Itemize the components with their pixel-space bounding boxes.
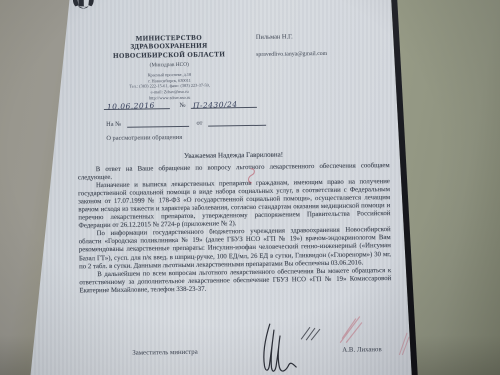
subject-line: О рассмотрении обращения [106, 134, 182, 142]
reply-number-label: На № [106, 121, 121, 128]
letter-content: МИНИСТЕРСТВО ЗДРАВООХРАНЕНИЯ НОВОСИБИРСК… [0, 0, 500, 375]
paragraph: В дальнейшем по всем вопросам льготного … [79, 267, 391, 295]
reply-ref-row: На № от [106, 118, 266, 128]
outgoing-date-handwritten: 10.06.2016 [107, 101, 155, 112]
outgoing-ref-row: 10.06.2016 № П-2430/24 [104, 100, 257, 110]
signer-position: Заместитель министра [132, 349, 198, 357]
ministry-name-line3: НОВОСИБИРСКОЙ ОБЛАСТИ [83, 50, 255, 61]
red-edge-mark-icon [396, 331, 410, 357]
paragraph: Назначение и выписка лекарственных препа… [78, 178, 391, 231]
red-pen-scribble-icon [332, 314, 366, 346]
recipient-email: spravedlivo.tanya@gmail.com [256, 50, 327, 60]
reply-from-label: от [196, 120, 202, 127]
recipient-name: Пильман Н.Г. [256, 32, 327, 42]
salutation: Уважаемая Надежда Гавриловна! [78, 149, 390, 161]
recipient-block: Пильман Н.Г. spravedlivo.tanya@gmail.com [256, 32, 327, 60]
number-label: № [179, 102, 185, 109]
red-pen-mark-icon [243, 167, 259, 185]
signer-name: А.В. Лиханов [342, 346, 381, 354]
outgoing-number-handwritten: П-2430/24 [193, 100, 238, 111]
letter-body: В ответ на Ваше обращение по вопросу льг… [78, 162, 392, 295]
paragraph: По информации государственного бюджетног… [79, 226, 392, 271]
pen-hatch-marks-icon [298, 325, 324, 341]
signature-icon [252, 317, 305, 375]
ministry-short-name: (Минздрав НСО) [83, 61, 255, 69]
letterhead: МИНИСТЕРСТВО ЗДРАВООХРАНЕНИЯ НОВОСИБИРСК… [82, 0, 255, 101]
signature-block: Заместитель министра А.В. Лиханов [2, 344, 500, 351]
